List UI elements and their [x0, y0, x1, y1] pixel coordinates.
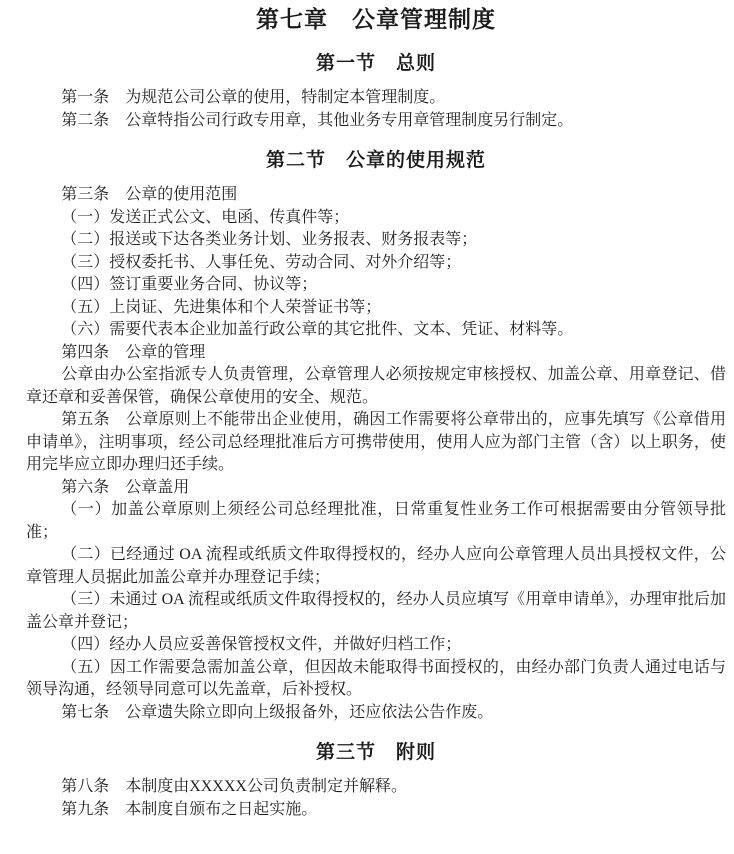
- paragraph: 第一条 为规范公司公章的使用，特制定本管理制度。: [26, 87, 726, 110]
- paragraph: （三）未通过 OA 流程或纸质文件取得授权的，经办人员应填写《用章申请单》，办理…: [26, 589, 726, 634]
- paragraph: 第八条 本制度由XXXXX公司负责制定并解释。: [26, 776, 726, 799]
- paragraph: 公章由办公室指派专人负责管理，公章管理人必须按规定审核授权、加盖公章、用章登记、…: [26, 364, 726, 409]
- paragraph: （二）报送或下达各类业务计划、业务报表、财务报表等；: [26, 229, 726, 252]
- paragraph: （二）已经通过 OA 流程或纸质文件取得授权的，经办人应向公章管理人员出具授权文…: [26, 544, 726, 589]
- paragraph: 第四条 公章的管理: [26, 342, 726, 365]
- document-body: 第一节 总则第一条 为规范公司公章的使用，特制定本管理制度。第二条 公章特指公司…: [26, 51, 726, 821]
- paragraph: （一）发送正式公文、电函、传真件等；: [26, 207, 726, 230]
- paragraph: （五）因工作需要急需加盖公章，但因故未能取得书面授权的，由经办部门负责人通过电话…: [26, 657, 726, 702]
- document-page: 第七章 公章管理制度 第一节 总则第一条 为规范公司公章的使用，特制定本管理制度…: [0, 0, 734, 854]
- section-heading: 第三节 附则: [26, 740, 726, 766]
- paragraph: 第六条 公章盖用: [26, 477, 726, 500]
- section-heading: 第二节 公章的使用规范: [26, 148, 726, 174]
- paragraph: （四）签订重要业务合同、协议等；: [26, 274, 726, 297]
- paragraph: 第二条 公章特指公司行政专用章，其他业务专用章管理制度另行制定。: [26, 110, 726, 133]
- paragraph: （三）授权委托书、人事任免、劳动合同、对外介绍等；: [26, 252, 726, 275]
- section-heading: 第一节 总则: [26, 51, 726, 77]
- paragraph: 第七条 公章遗失除立即向上级报备外，还应依法公告作废。: [26, 702, 726, 725]
- paragraph: 第九条 本制度自颁布之日起实施。: [26, 799, 726, 822]
- paragraph: （五）上岗证、先进集体和个人荣誉证书等；: [26, 297, 726, 320]
- paragraph: 第五条 公章原则上不能带出企业使用，确因工作需要将公章带出的，应事先填写《公章借…: [26, 409, 726, 477]
- paragraph: （四）经办人员应妥善保管授权文件，并做好归档工作；: [26, 634, 726, 657]
- paragraph: 第三条 公章的使用范围: [26, 184, 726, 207]
- chapter-title: 第七章 公章管理制度: [26, 5, 726, 35]
- paragraph: （一）加盖公章原则上须经公司总经理批准，日常重复性业务工作可根据需要由分管领导批…: [26, 499, 726, 544]
- paragraph: （六）需要代表本企业加盖行政公章的其它批件、文本、凭证、材料等。: [26, 319, 726, 342]
